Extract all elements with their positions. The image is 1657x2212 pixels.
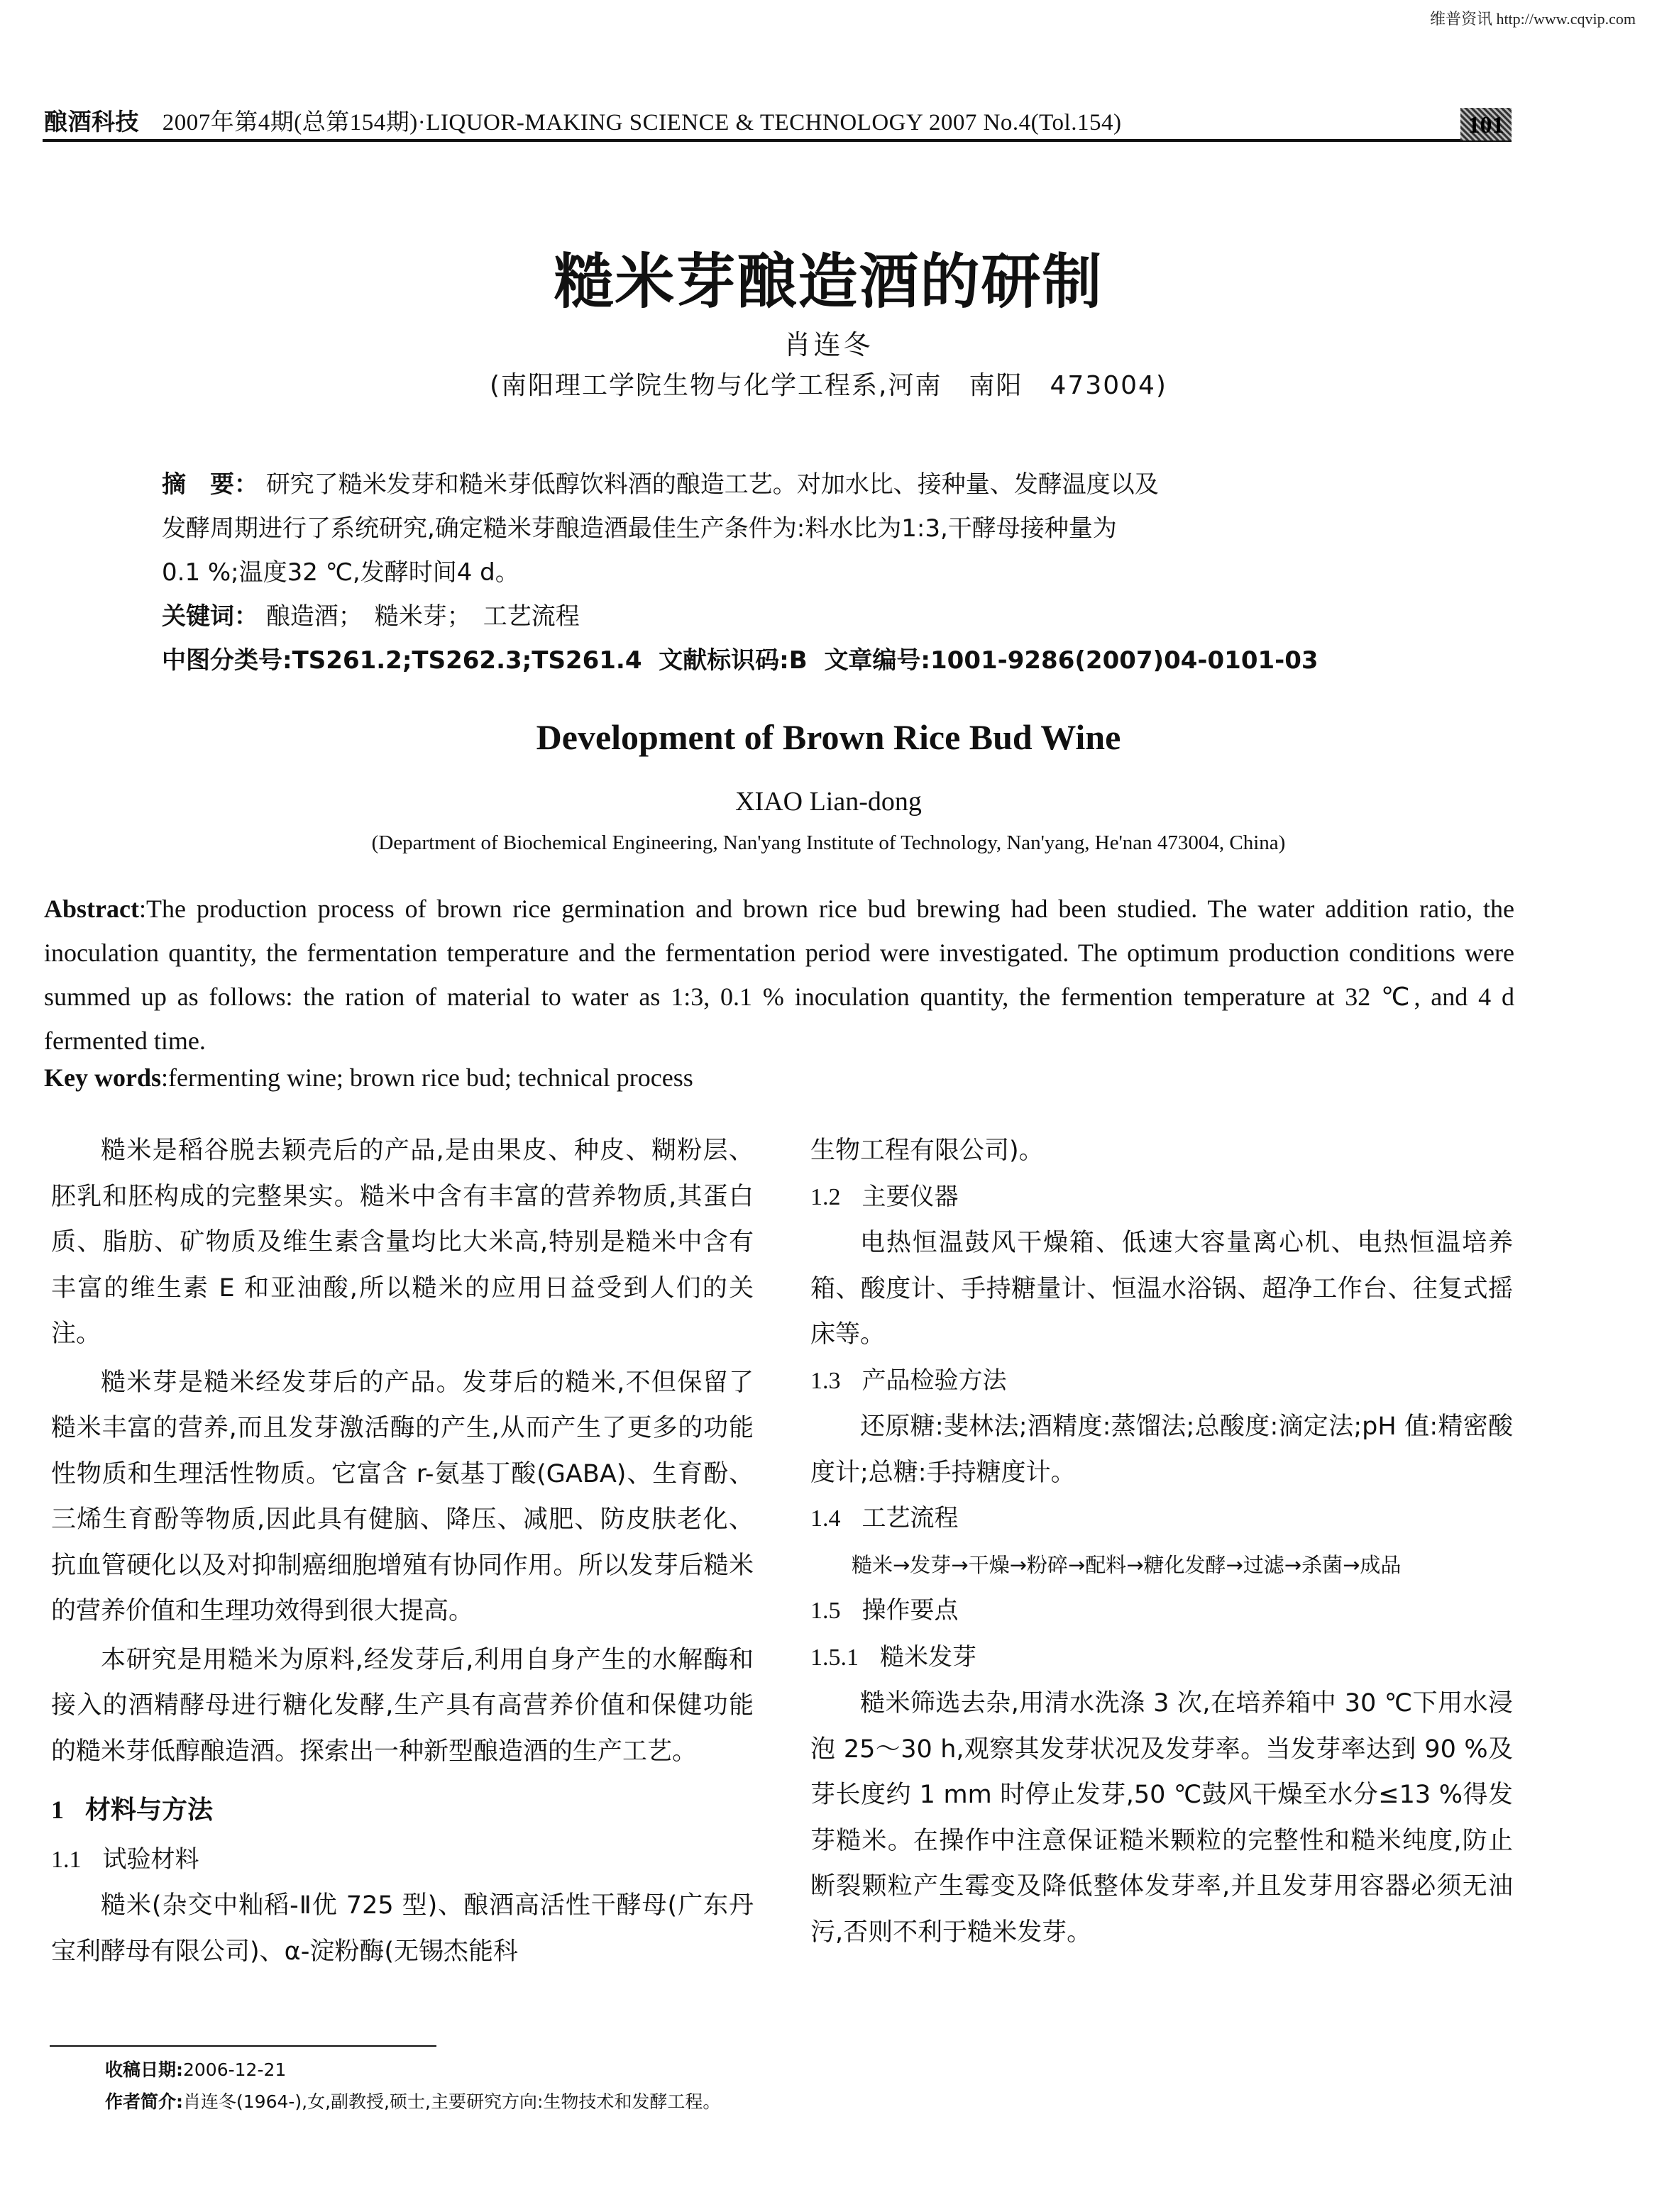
section-heading-1: 1材料与方法 bbox=[51, 1787, 754, 1834]
affiliation-cn: (南阳理工学院生物与化学工程系,河南 南阳 473004) bbox=[0, 365, 1657, 402]
section-number: 1.1 bbox=[51, 1847, 82, 1873]
bio-value: 肖连冬(1964-),女,副教授,硕士,主要研究方向:生物技术和发酵工程。 bbox=[183, 2091, 720, 2112]
abstract-cn-line: 0.1 %;温度32 ℃,发酵时间4 d。 bbox=[162, 551, 1425, 595]
paragraph: 本研究是用糙米为原料,经发芽后,利用自身产生的水解酶和接入的酒精酵母进行糖化发酵… bbox=[51, 1637, 754, 1775]
section-number: 1 bbox=[51, 1796, 64, 1824]
clc-label: 中图分类号: bbox=[162, 646, 292, 675]
keywords-cn: 关键词： 酿造酒； 糙米芽； 工艺流程 bbox=[162, 595, 1425, 638]
keywords-en-label: Key words bbox=[44, 1063, 161, 1092]
footnote-rule bbox=[50, 2045, 436, 2047]
affiliation-en: (Department of Biochemical Engineering, … bbox=[0, 831, 1657, 855]
abstract-en: Abstract:The production process of brown… bbox=[44, 887, 1514, 1063]
section-title: 工艺流程 bbox=[862, 1504, 959, 1532]
section-heading-1-1: 1.1试验材料 bbox=[51, 1837, 754, 1884]
section-title: 糙米发芽 bbox=[880, 1643, 976, 1671]
section-title: 材料与方法 bbox=[85, 1796, 213, 1825]
abstract-cn-line: 摘 要： 研究了糙米发芽和糙米芽低醇饮料酒的酿造工艺。对加水比、接种量、发酵温度… bbox=[162, 463, 1425, 507]
body-column-left: 糙米是稻谷脱去颖壳后的产品,是由果皮、种皮、糊粉层、胚乳和胚构成的完整果实。糙米… bbox=[51, 1128, 754, 1974]
abstract-en-label: Abstract bbox=[44, 895, 139, 923]
paragraph: 生物工程有限公司)。 bbox=[810, 1128, 1513, 1174]
body-column-right: 生物工程有限公司)。 1.2主要仪器 电热恒温鼓风干燥箱、低速大容量离心机、电热… bbox=[810, 1128, 1513, 1955]
received-value: 2006-12-21 bbox=[183, 2059, 286, 2080]
paragraph: 糙米芽是糙米经发芽后的产品。发芽后的糙米,不但保留了糙米丰富的营养,而且发芽激活… bbox=[51, 1360, 754, 1635]
doc-code-label: 文献标识码: bbox=[659, 646, 789, 675]
section-heading-1-3: 1.3产品检验方法 bbox=[810, 1358, 1513, 1405]
abstract-en-text: The production process of brown rice ger… bbox=[44, 895, 1514, 1055]
page-number: 101 bbox=[1460, 108, 1512, 140]
watermark: 维普资讯 http://www.cqvip.com bbox=[1430, 7, 1636, 29]
paragraph: 糙米筛选去杂,用清水洗涤 3 次,在培养箱中 30 ℃下用水浸泡 25～30 h… bbox=[810, 1681, 1513, 1955]
running-head: 酿酒科技 2007年第4期(总第154期)·LIQUOR-MAKING SCIE… bbox=[44, 104, 1121, 137]
author-bio: 作者简介:肖连冬(1964-),女,副教授,硕士,主要研究方向:生物技术和发酵工… bbox=[105, 2086, 720, 2118]
process-flow: 糙米→发芽→干燥→粉碎→配料→糖化发酵→过滤→杀菌→成品 bbox=[810, 1542, 1513, 1588]
abstract-cn-text: 研究了糙米发芽和糙米芽低醇饮料酒的酿造工艺。对加水比、接种量、发酵温度以及 bbox=[266, 470, 1159, 499]
section-title: 试验材料 bbox=[103, 1845, 199, 1874]
section-number: 1.4 bbox=[810, 1505, 841, 1532]
section-heading-1-4: 1.4工艺流程 bbox=[810, 1495, 1513, 1542]
doc-code-value: B bbox=[789, 646, 808, 675]
title-en: Development of Brown Rice Bud Wine bbox=[0, 717, 1657, 758]
classification-line: 中图分类号:TS261.2;TS262.3;TS261.4 文献标识码:B 文章… bbox=[162, 638, 1425, 682]
section-heading-1-5: 1.5操作要点 bbox=[810, 1588, 1513, 1635]
keywords-cn-label: 关键词： bbox=[162, 602, 258, 631]
keywords-en-sep: : bbox=[161, 1063, 168, 1092]
section-number: 1.5.1 bbox=[810, 1644, 859, 1671]
section-heading-1-2: 1.2主要仪器 bbox=[810, 1174, 1513, 1221]
received-date: 收稿日期:2006-12-21 bbox=[105, 2054, 720, 2086]
footnotes: 收稿日期:2006-12-21 作者简介:肖连冬(1964-),女,副教授,硕士… bbox=[105, 2054, 720, 2118]
keywords-en: Key words:fermenting wine; brown rice bu… bbox=[44, 1063, 693, 1093]
article-no-label: 文章编号: bbox=[824, 646, 930, 675]
header-rule bbox=[43, 139, 1512, 142]
abstract-cn-block: 摘 要： 研究了糙米发芽和糙米芽低醇饮料酒的酿造工艺。对加水比、接种量、发酵温度… bbox=[162, 463, 1425, 682]
issue-info: 2007年第4期(总第154期)·LIQUOR-MAKING SCIENCE &… bbox=[163, 110, 1122, 136]
title-cn: 糙米芽酿造酒的研制 bbox=[0, 234, 1657, 320]
keywords-en-value: fermenting wine; brown rice bud; technic… bbox=[168, 1063, 693, 1092]
clc-value: TS261.2;TS262.3;TS261.4 bbox=[292, 646, 642, 675]
section-number: 1.2 bbox=[810, 1184, 841, 1210]
abstract-cn-line: 发酵周期进行了系统研究,确定糙米芽酿造酒最佳生产条件为:料水比为1:3,干酵母接… bbox=[162, 507, 1425, 551]
author-en: XIAO Lian-dong bbox=[0, 786, 1657, 817]
author-cn: 肖连冬 bbox=[0, 323, 1657, 362]
abstract-cn-label: 摘 要： bbox=[162, 470, 258, 499]
abstract-en-sep: : bbox=[139, 895, 146, 923]
section-number: 1.5 bbox=[810, 1598, 841, 1624]
bio-label: 作者简介: bbox=[105, 2091, 183, 2112]
article-no-value: 1001-9286(2007)04-0101-03 bbox=[930, 646, 1319, 675]
section-title: 主要仪器 bbox=[862, 1183, 959, 1211]
received-label: 收稿日期: bbox=[105, 2059, 183, 2080]
paragraph: 电热恒温鼓风干燥箱、低速大容量离心机、电热恒温培养箱、酸度计、手持糖量计、恒温水… bbox=[810, 1220, 1513, 1358]
keywords-cn-value: 酿造酒； 糙米芽； 工艺流程 bbox=[266, 602, 580, 631]
paragraph: 还原糖:斐林法;酒精度:蒸馏法;总酸度:滴定法;pH 值:精密酸度计;总糖:手持… bbox=[810, 1404, 1513, 1495]
paragraph: 糙米(杂交中籼稻-Ⅱ优 725 型)、酿酒高活性干酵母(广东丹宝利酵母有限公司)… bbox=[51, 1883, 754, 1974]
journal-name: 酿酒科技 bbox=[44, 110, 139, 136]
section-heading-1-5-1: 1.5.1糙米发芽 bbox=[810, 1635, 1513, 1681]
section-number: 1.3 bbox=[810, 1368, 841, 1394]
paragraph: 糙米是稻谷脱去颖壳后的产品,是由果皮、种皮、糊粉层、胚乳和胚构成的完整果实。糙米… bbox=[51, 1128, 754, 1357]
section-title: 操作要点 bbox=[862, 1596, 959, 1625]
section-title: 产品检验方法 bbox=[862, 1366, 1007, 1395]
